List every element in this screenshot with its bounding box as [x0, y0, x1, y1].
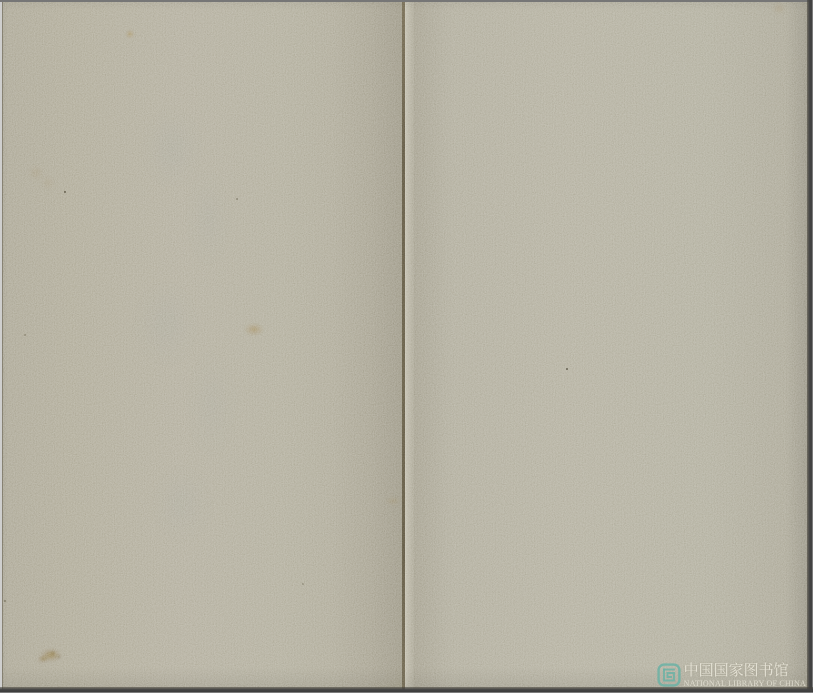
book-scan-page: 中国国家图书馆 NATIONAL LIBRARY OF CHINA	[0, 0, 813, 693]
edge-vignette	[0, 0, 813, 693]
